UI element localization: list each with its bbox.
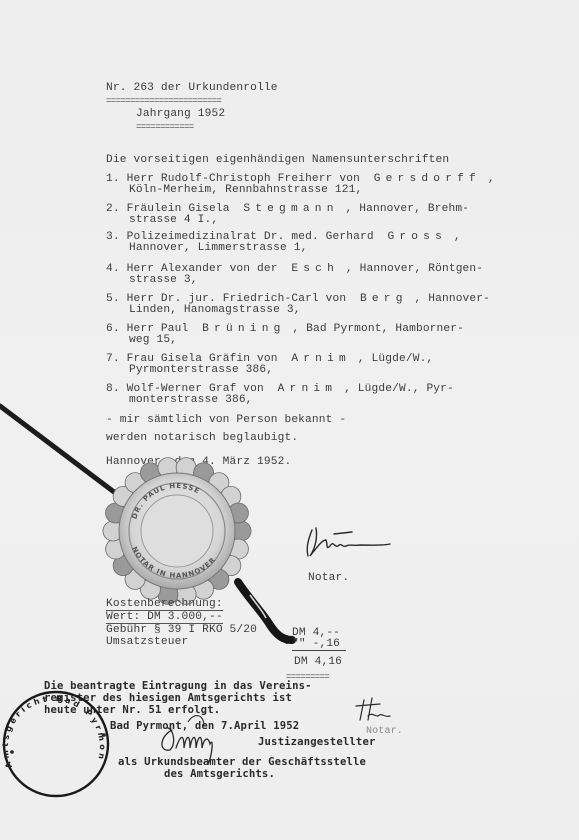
document-page: Nr. 263 der Urkundenrolle ==============… xyxy=(0,0,579,840)
court-stamp: Amtsgericht Bad Pyrmont xyxy=(0,0,579,840)
svg-text:Amtsgericht Bad Pyrmont: Amtsgericht Bad Pyrmont xyxy=(0,0,107,769)
